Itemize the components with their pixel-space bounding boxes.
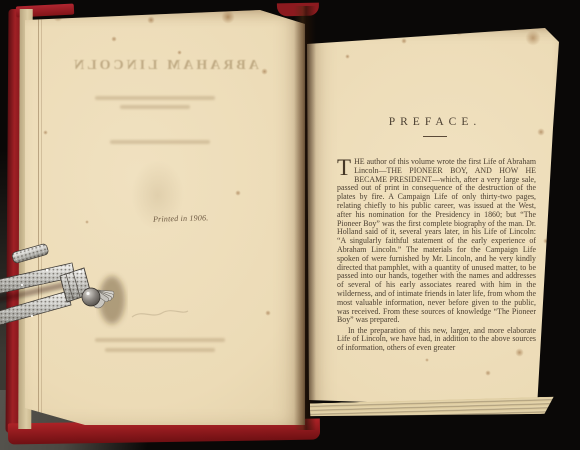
preface-body: THE author of this volume wrote the firs… [337, 158, 536, 353]
foxing-spot [43, 130, 48, 135]
foxing-spot [147, 16, 155, 24]
foxing-spot [543, 238, 549, 244]
page-hinge-line [38, 14, 42, 420]
preface-heading: PREFACE. [335, 116, 535, 128]
show-through-line [95, 96, 215, 100]
foxing-spot [537, 128, 545, 136]
preface-paragraph: THE author of this volume wrote the firs… [337, 158, 536, 325]
preface-paragraph: In the preparation of this new, larger, … [337, 327, 536, 353]
book-photo-scene: ABRAHAM LINCOLN Printed in 1906. PREFACE… [0, 0, 580, 450]
bookmark-arm [11, 243, 49, 263]
foxing-spot [425, 358, 429, 362]
foxing-spot [455, 28, 463, 36]
foxing-spot [111, 36, 117, 42]
show-through-line [110, 140, 210, 144]
foxing-spot [85, 220, 89, 224]
right-page: PREFACE. THE author of this volume wrote… [305, 28, 563, 420]
show-through-title: ABRAHAM LINCOLN [65, 58, 265, 74]
show-through-line [105, 348, 215, 352]
paragraph-text: HE author of this volume wrote the first… [337, 157, 536, 324]
foxing-spot [221, 10, 235, 24]
foxing-spot [265, 310, 271, 316]
printed-date-note: Printed in 1906. [153, 213, 209, 223]
silver-bookmark-clip [0, 240, 142, 340]
foxing-spot [485, 370, 491, 376]
show-through-portrait [120, 145, 195, 245]
book-gutter [294, 6, 316, 430]
show-through-line [120, 105, 190, 109]
foxing-spot [177, 50, 182, 55]
foxing-spot [235, 190, 241, 196]
heading-rule [423, 136, 447, 137]
dropcap-letter: T [337, 158, 354, 177]
left-page: ABRAHAM LINCOLN Printed in 1906. [25, 10, 305, 425]
bead-highlight [86, 292, 89, 295]
bookmark-bead [82, 288, 100, 306]
foxing-spot [345, 54, 350, 59]
foxing-spot [525, 30, 541, 46]
foxing-spot [401, 38, 407, 44]
